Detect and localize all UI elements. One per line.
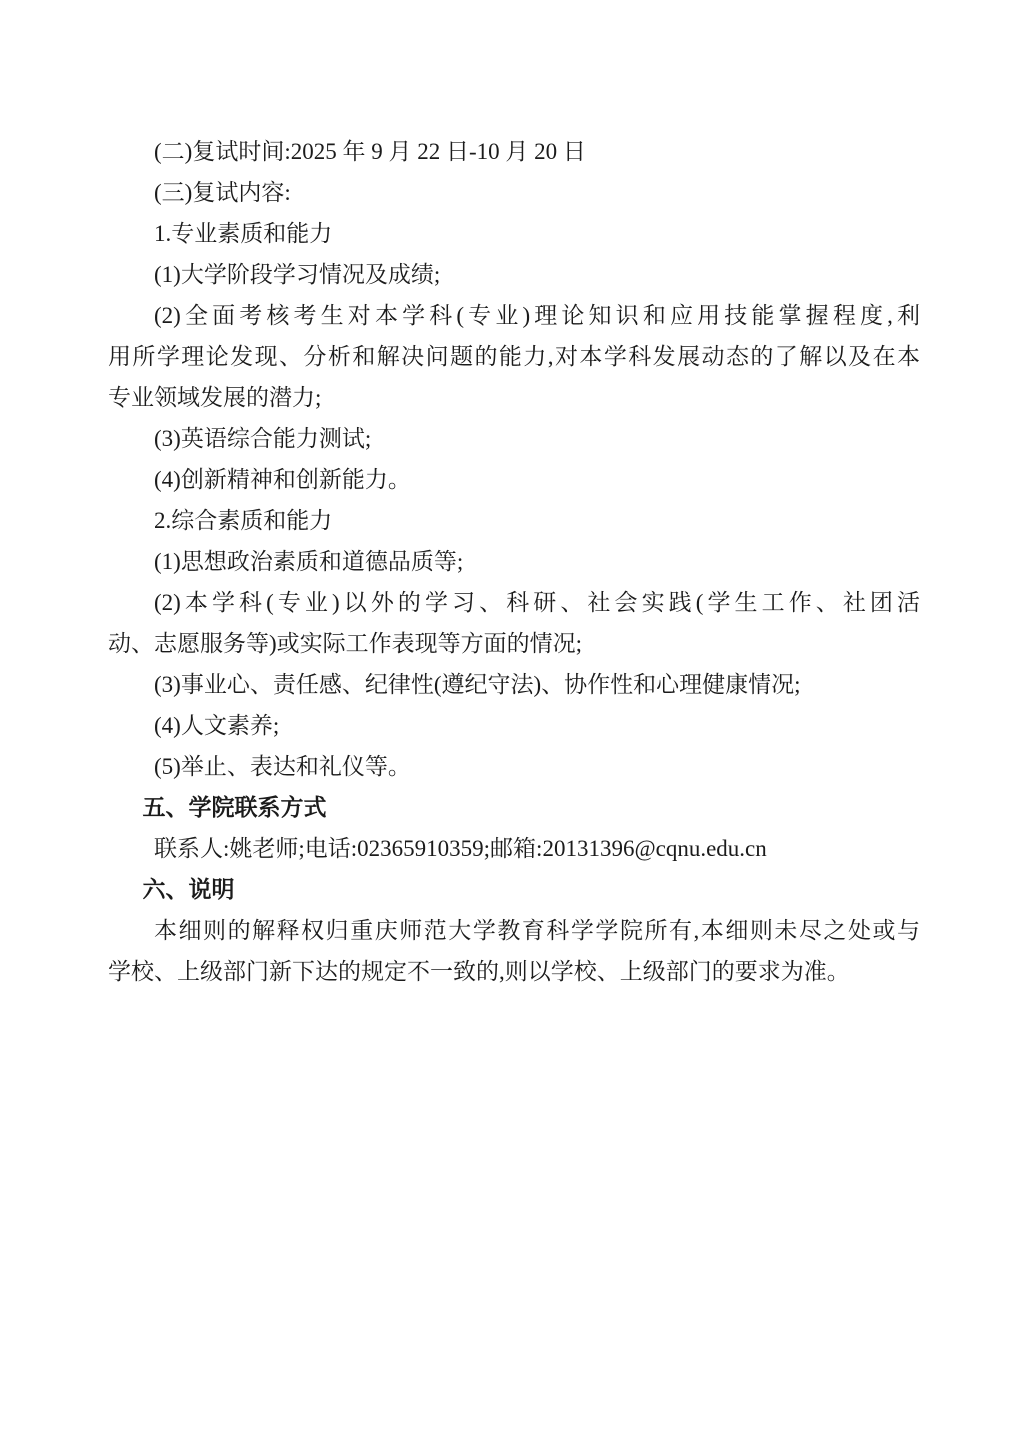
line-item-2: 2.综合素质和能力 — [108, 500, 920, 541]
line-fushi-time: (二)复试时间:2025 年 9 月 22 日-10 月 20 日 — [108, 131, 920, 172]
line-item-1-4: (4)创新精神和创新能力。 — [108, 459, 920, 500]
line-item-2-5: (5)举止、表达和礼仪等。 — [108, 746, 920, 787]
line-item-2-2b: 动、志愿服务等)或实际工作表现等方面的情况; — [108, 623, 920, 664]
document-page: (二)复试时间:2025 年 9 月 22 日-10 月 20 日(三)复试内容… — [0, 0, 1024, 1448]
line-item-2-2a: (2)本学科(专业)以外的学习、科研、社会实践(学生工作、社团活 — [108, 582, 920, 623]
line-contact-info: 联系人:姚老师;电话:02365910359;邮箱:20131396@cqnu.… — [108, 828, 920, 869]
section-heading-5: 五、学院联系方式 — [108, 787, 920, 828]
line-item-2-1: (1)思想政治素质和道德品质等; — [108, 541, 920, 582]
line-note-a: 本细则的解释权归重庆师范大学教育科学学院所有,本细则未尽之处或与 — [108, 910, 920, 951]
line-item-1-1: (1)大学阶段学习情况及成绩; — [108, 254, 920, 295]
line-item-2-3: (3)事业心、责任感、纪律性(遵纪守法)、协作性和心理健康情况; — [108, 664, 920, 705]
line-item-1: 1.专业素质和能力 — [108, 213, 920, 254]
line-item-1-3: (3)英语综合能力测试; — [108, 418, 920, 459]
line-item-1-2c: 专业领域发展的潜力; — [108, 377, 920, 418]
line-item-1-2a: (2)全面考核考生对本学科(专业)理论知识和应用技能掌握程度,利 — [108, 295, 920, 336]
document-content: (二)复试时间:2025 年 9 月 22 日-10 月 20 日(三)复试内容… — [108, 131, 920, 992]
line-fushi-content: (三)复试内容: — [108, 172, 920, 213]
line-item-2-4: (4)人文素养; — [108, 705, 920, 746]
line-note-b: 学校、上级部门新下达的规定不一致的,则以学校、上级部门的要求为准。 — [108, 951, 920, 992]
line-item-1-2b: 用所学理论发现、分析和解决问题的能力,对本学科发展动态的了解以及在本 — [108, 336, 920, 377]
section-heading-6: 六、说明 — [108, 869, 920, 910]
